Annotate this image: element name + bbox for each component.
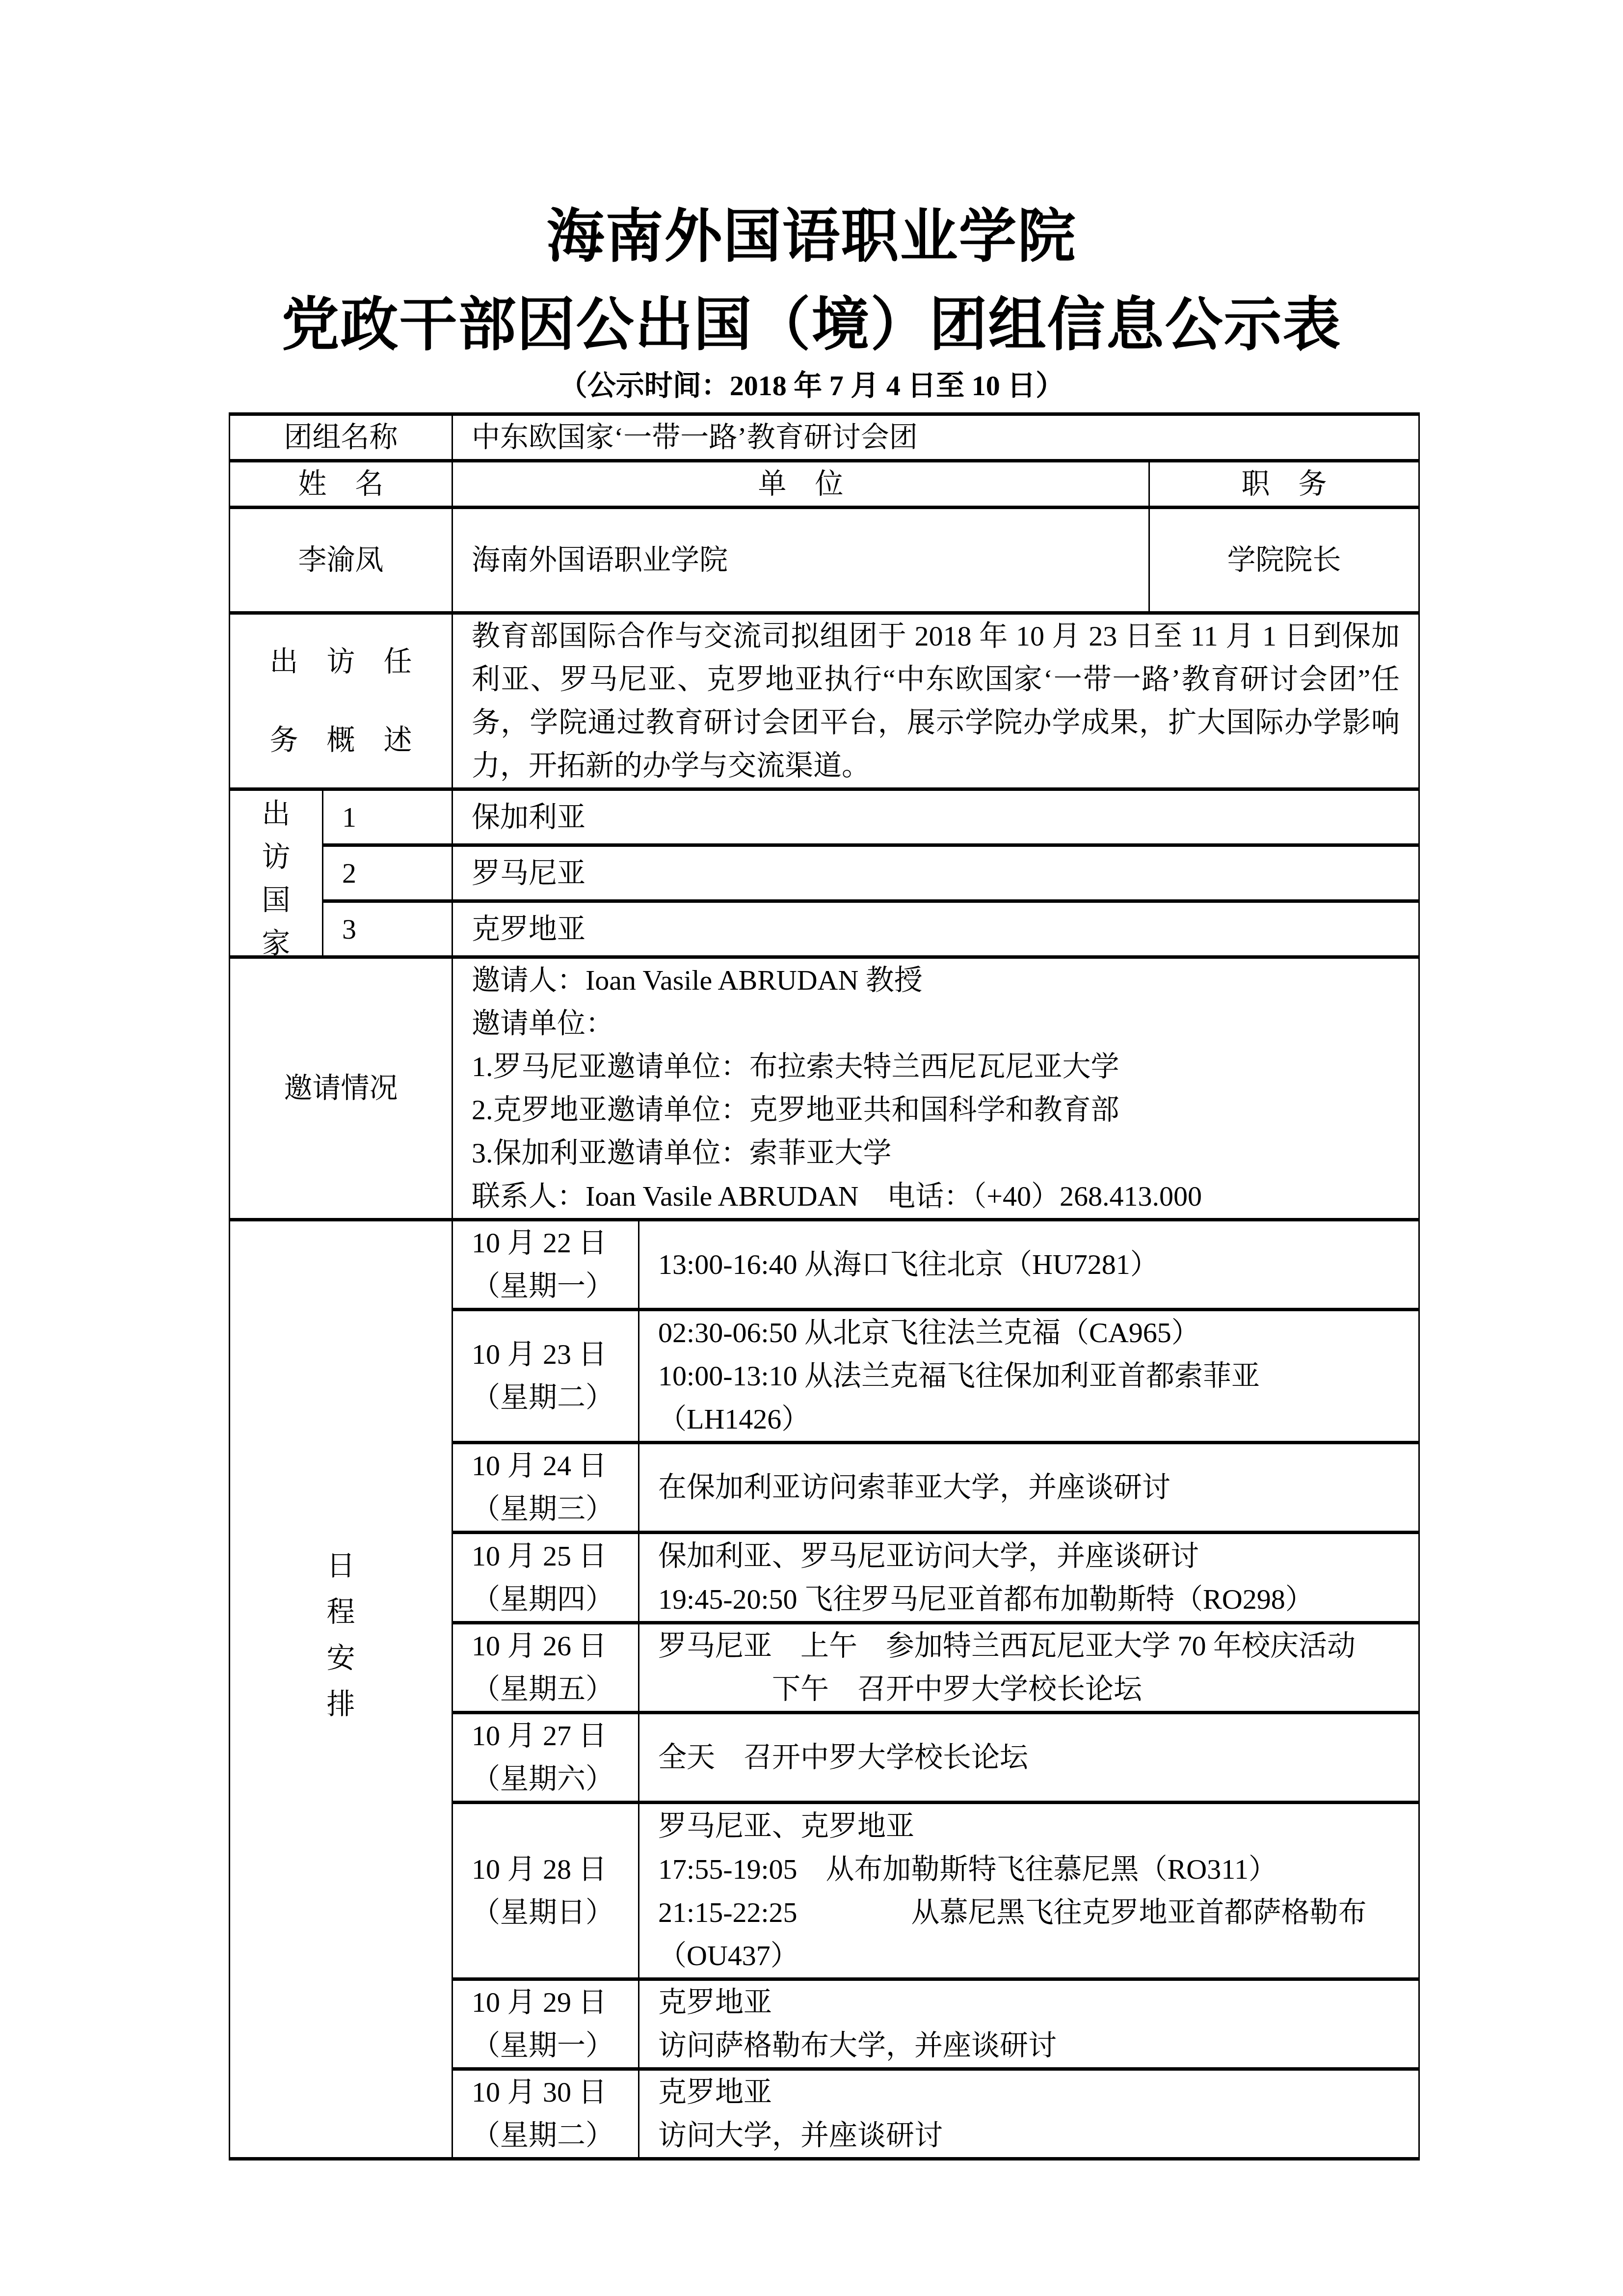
schedule-content-cell: 克罗地亚 访问萨格勒布大学，并座谈研讨 xyxy=(639,1979,1419,2069)
invitation-row: 邀请情况 邀请人：Ioan Vasile ABRUDAN 教授 邀请单位： 1.… xyxy=(230,957,1419,1220)
schedule-label-stack: 日 程 安 排 xyxy=(249,1238,433,2141)
country-name-cell: 克罗地亚 xyxy=(452,901,1419,957)
schedule-week: （星期二） xyxy=(472,2114,619,2157)
mission-label-cell: 出 访 任 务 概 述 xyxy=(230,613,452,789)
schedule-date: 10 月 28 日 xyxy=(472,1848,619,1891)
invitation-content-cell: 邀请人：Ioan Vasile ABRUDAN 教授 邀请单位： 1.罗马尼亚邀… xyxy=(452,957,1419,1220)
invitation-line: 3.保加利亚邀请单位：索菲亚大学 xyxy=(472,1132,1400,1175)
schedule-line: 访问大学，并座谈研讨 xyxy=(658,2114,1400,2157)
schedule-date-cell: 10 月 26 日 （星期五） xyxy=(452,1623,639,1713)
invitation-label-cell: 邀请情况 xyxy=(230,957,452,1220)
country-no-cell: 2 xyxy=(323,845,452,901)
header-unit-cell: 单 位 xyxy=(452,461,1149,508)
schedule-line: 在保加利亚访问索菲亚大学，并座谈研讨 xyxy=(658,1466,1400,1509)
schedule-date: 10 月 25 日 xyxy=(472,1535,619,1578)
publish-time: （公示时间：2018 年 7 月 4 日至 10 日） xyxy=(0,371,1623,401)
schedule-content-cell: 全天 召开中罗大学校长论坛 xyxy=(639,1713,1419,1803)
schedule-date-cell: 10 月 22 日 （星期一） xyxy=(452,1220,639,1310)
schedule-date-cell: 10 月 27 日 （星期六） xyxy=(452,1713,639,1803)
mission-row: 出 访 任 务 概 述 教育部国际合作与交流司拟组团于 2018 年 10 月 … xyxy=(230,613,1419,789)
schedule-week: （星期一） xyxy=(472,1265,619,1308)
mission-text-cell: 教育部国际合作与交流司拟组团于 2018 年 10 月 23 日至 11 月 1… xyxy=(452,613,1419,789)
schedule-line: 13:00-16:40 从海口飞往北京（HU7281） xyxy=(658,1243,1400,1286)
mission-label-line2: 务 概 述 xyxy=(249,701,433,780)
country-name-cell: 罗马尼亚 xyxy=(452,845,1419,901)
mission-label-line1: 出 访 任 xyxy=(249,622,433,701)
country-row: 3 克罗地亚 xyxy=(230,901,1419,957)
invitation-line: 邀请人：Ioan Vasile ABRUDAN 教授 xyxy=(472,959,1400,1002)
schedule-date: 10 月 22 日 xyxy=(472,1221,619,1265)
schedule-date: 10 月 26 日 xyxy=(472,1624,619,1668)
country-no-cell: 3 xyxy=(323,901,452,957)
schedule-line: 02:30-06:50 从北京飞往法兰克福（CA965） xyxy=(658,1311,1400,1354)
schedule-line: 克罗地亚 xyxy=(658,1981,1400,2024)
schedule-content-cell: 13:00-16:40 从海口飞往北京（HU7281） xyxy=(639,1220,1419,1310)
header-name-cell: 姓 名 xyxy=(230,461,452,508)
schedule-week: （星期日） xyxy=(472,1891,619,1934)
schedule-date-cell: 10 月 29 日 （星期一） xyxy=(452,1979,639,2069)
schedule-week: （星期六） xyxy=(472,1757,619,1801)
countries-label-1: 出访 xyxy=(249,792,303,879)
member-row: 李渝凤 海南外国语职业学院 学院院长 xyxy=(230,508,1419,613)
schedule-line: （OU437） xyxy=(658,1934,1400,1977)
page-title: 海南外国语职业学院 xyxy=(0,0,1623,269)
schedule-line: 下午 召开中罗大学校长论坛 xyxy=(658,1668,1400,1711)
invitation-line: 2.克罗地亚邀请单位：克罗地亚共和国科学和教育部 xyxy=(472,1088,1400,1132)
schedule-line: 克罗地亚 xyxy=(658,2071,1400,2114)
country-no-cell: 1 xyxy=(323,789,452,845)
schedule-line: 罗马尼亚、克罗地亚 xyxy=(658,1805,1400,1848)
schedule-content-cell: 在保加利亚访问索菲亚大学，并座谈研讨 xyxy=(639,1443,1419,1533)
invitation-line: 联系人：Ioan Vasile ABRUDAN 电话：（+40）268.413.… xyxy=(472,1175,1400,1218)
info-table: 团组名称 中东欧国家‘一带一路’教育研讨会团 姓 名 单 位 职 务 李渝凤 海… xyxy=(229,412,1420,2161)
schedule-line: （LH1426） xyxy=(658,1398,1400,1441)
schedule-date-cell: 10 月 28 日 （星期日） xyxy=(452,1803,639,1979)
schedule-line: 全天 召开中罗大学校长论坛 xyxy=(658,1736,1400,1779)
schedule-label-char: 日 xyxy=(327,1543,355,1589)
schedule-date: 10 月 27 日 xyxy=(472,1714,619,1757)
invitation-line: 邀请单位： xyxy=(472,1002,1400,1045)
page-subtitle: 党政干部因公出国（境）团组信息公示表 xyxy=(0,294,1623,357)
schedule-date: 10 月 30 日 xyxy=(472,2071,619,2114)
schedule-line: 保加利亚、罗马尼亚访问大学，并座谈研讨 xyxy=(658,1535,1400,1578)
schedule-content-cell: 保加利亚、罗马尼亚访问大学，并座谈研讨 19:45-20:50 飞往罗马尼亚首都… xyxy=(639,1533,1419,1623)
group-name-value: 中东欧国家‘一带一路’教育研讨会团 xyxy=(452,414,1419,461)
member-header-row: 姓 名 单 位 职 务 xyxy=(230,461,1419,508)
schedule-label-char: 安 xyxy=(327,1635,355,1681)
schedule-date-cell: 10 月 23 日 （星期二） xyxy=(452,1310,639,1443)
country-row: 2 罗马尼亚 xyxy=(230,845,1419,901)
country-name-cell: 保加利亚 xyxy=(452,789,1419,845)
schedule-week: （星期二） xyxy=(472,1376,619,1419)
schedule-date: 10 月 29 日 xyxy=(472,1981,619,2024)
invitation-line: 1.罗马尼亚邀请单位：布拉索夫特兰西尼瓦尼亚大学 xyxy=(472,1045,1400,1088)
schedule-label-char: 排 xyxy=(327,1681,355,1728)
schedule-line: 罗马尼亚 上午 参加特兰西瓦尼亚大学 70 年校庆活动 xyxy=(658,1624,1400,1668)
schedule-row: 日 程 安 排 10 月 22 日 （星期一） 13:00-16:40 从海口飞… xyxy=(230,1220,1419,1310)
schedule-week: （星期四） xyxy=(472,1578,619,1621)
group-name-label: 团组名称 xyxy=(230,414,452,461)
schedule-date-cell: 10 月 25 日 （星期四） xyxy=(452,1533,639,1623)
schedule-content-cell: 罗马尼亚、克罗地亚 17:55-19:05 从布加勒斯特飞往慕尼黑（RO311）… xyxy=(639,1803,1419,1979)
schedule-line: 19:45-20:50 飞往罗马尼亚首都布加勒斯特（RO298） xyxy=(658,1578,1400,1621)
group-name-row: 团组名称 中东欧国家‘一带一路’教育研讨会团 xyxy=(230,414,1419,461)
schedule-line: 17:55-19:05 从布加勒斯特飞往慕尼黑（RO311） xyxy=(658,1848,1400,1891)
schedule-content-cell: 克罗地亚 访问大学，并座谈研讨 xyxy=(639,2069,1419,2159)
countries-label-2: 国家 xyxy=(249,879,303,957)
member-name-cell: 李渝凤 xyxy=(230,508,452,613)
schedule-date-cell: 10 月 24 日 （星期三） xyxy=(452,1443,639,1533)
country-row: 出访 国家 地区 1 保加利亚 xyxy=(230,789,1419,845)
schedule-label-cell: 日 程 安 排 xyxy=(230,1220,452,2159)
schedule-line: 21:15-22:25 从慕尼黑飞往克罗地亚首都萨格勒布 xyxy=(658,1891,1400,1934)
schedule-week: （星期三） xyxy=(472,1487,619,1531)
schedule-date-cell: 10 月 30 日 （星期二） xyxy=(452,2069,639,2159)
schedule-week: （星期一） xyxy=(472,2024,619,2067)
schedule-content-cell: 罗马尼亚 上午 参加特兰西瓦尼亚大学 70 年校庆活动 下午 召开中罗大学校长论… xyxy=(639,1623,1419,1713)
header-duty-cell: 职 务 xyxy=(1149,461,1419,508)
member-unit-cell: 海南外国语职业学院 xyxy=(452,508,1149,613)
schedule-line: 访问萨格勒布大学，并座谈研讨 xyxy=(658,2024,1400,2067)
schedule-content-cell: 02:30-06:50 从北京飞往法兰克福（CA965） 10:00-13:10… xyxy=(639,1310,1419,1443)
member-duty-cell: 学院院长 xyxy=(1149,508,1419,613)
schedule-week: （星期五） xyxy=(472,1668,619,1711)
schedule-line: 10:00-13:10 从法兰克福飞往保加利亚首都索菲亚 xyxy=(658,1354,1400,1398)
schedule-date: 10 月 23 日 xyxy=(472,1333,619,1376)
countries-label-cell: 出访 国家 地区 xyxy=(230,789,323,957)
countries-label-stack: 出访 国家 地区 xyxy=(249,792,303,954)
schedule-label-char: 程 xyxy=(327,1589,355,1635)
document-page: 海南外国语职业学院 党政干部因公出国（境）团组信息公示表 （公示时间：2018 … xyxy=(0,0,1623,2296)
schedule-date: 10 月 24 日 xyxy=(472,1444,619,1487)
